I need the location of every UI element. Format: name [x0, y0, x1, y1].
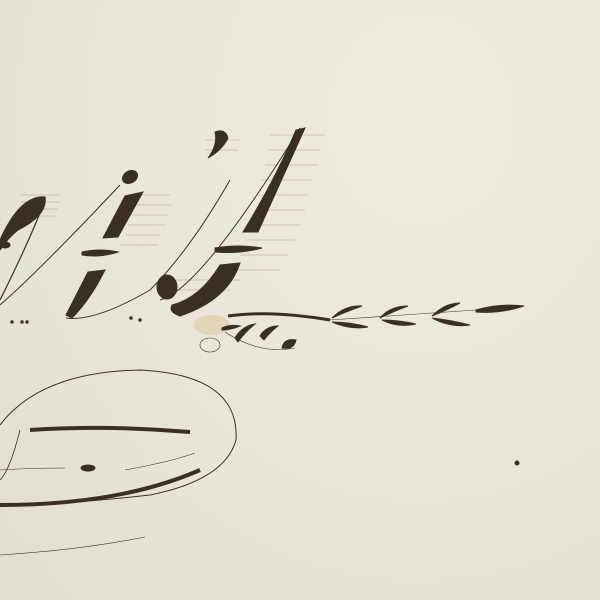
calligraphy-artwork — [0, 0, 600, 600]
leaf-vine-flourish — [200, 303, 524, 352]
apostrophe — [208, 131, 228, 158]
paper-background — [0, 0, 600, 600]
ornament-dot — [0, 242, 10, 248]
oval-flourish — [0, 370, 236, 555]
letter-A — [157, 128, 305, 316]
hatching-shading — [20, 135, 325, 290]
ink-stain — [194, 315, 230, 335]
ink-speck — [515, 461, 519, 465]
ink-strokes — [0, 128, 524, 555]
ornament-dot — [81, 465, 95, 471]
